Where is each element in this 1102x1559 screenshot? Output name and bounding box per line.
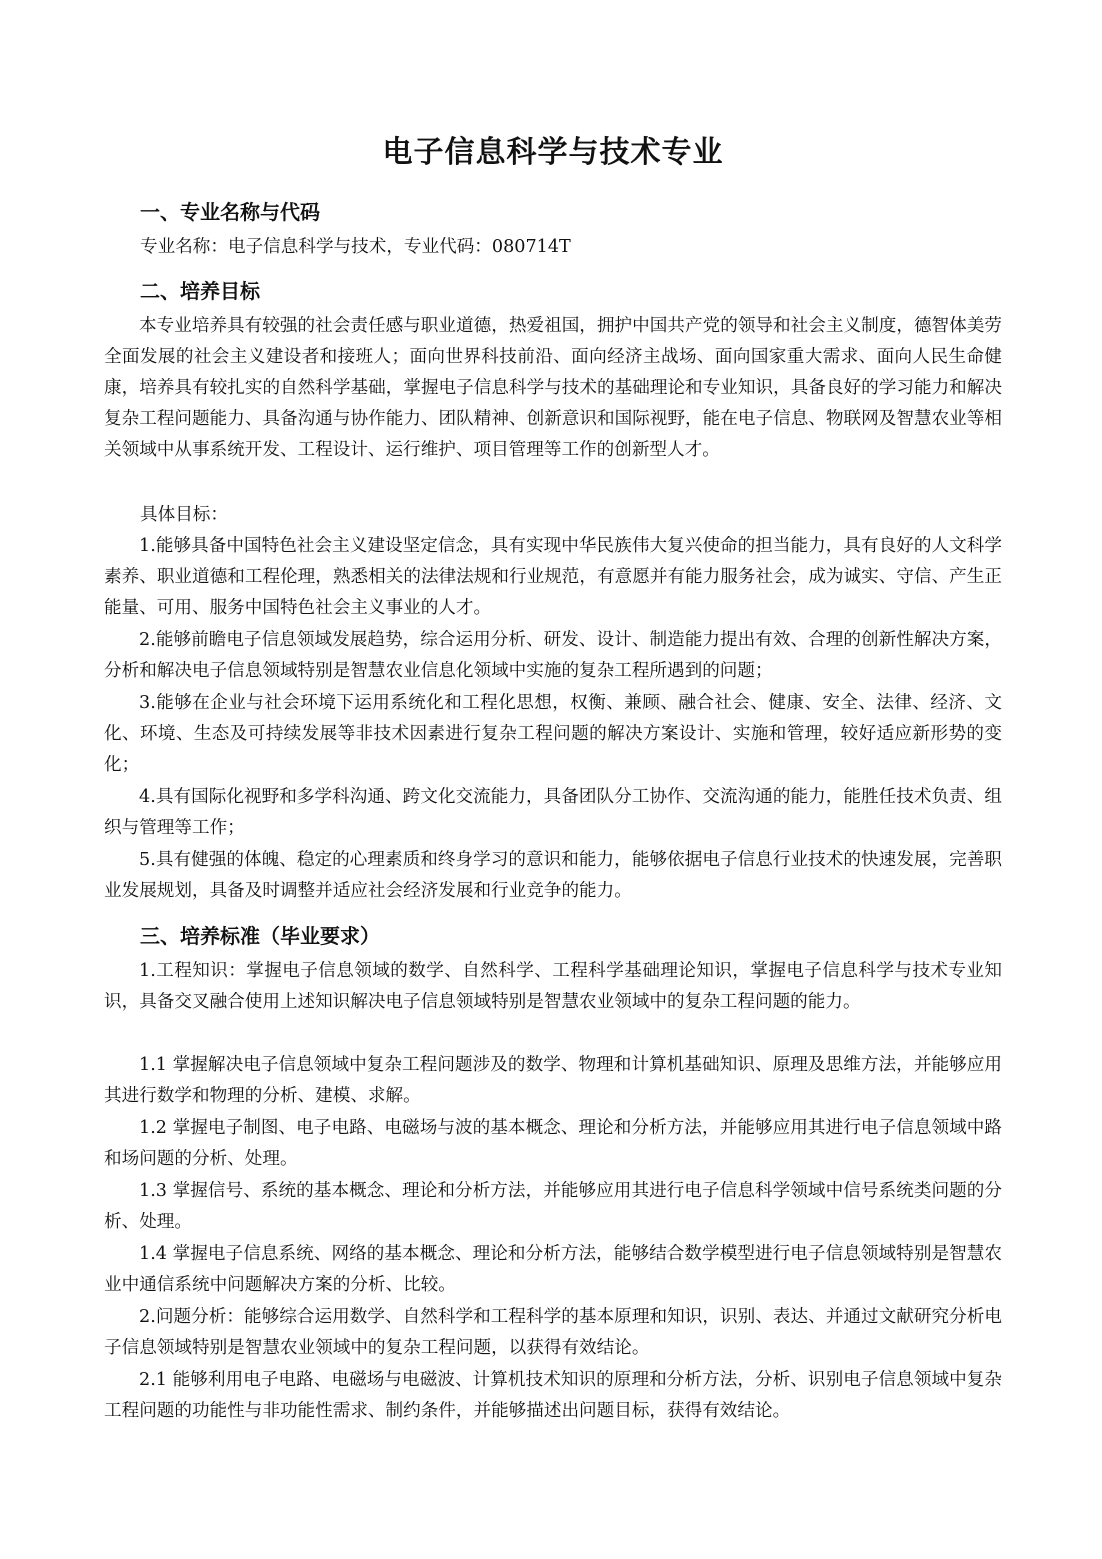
objective-item-5: 5.具有健强的体魄、稳定的心理素质和终身学习的意识和能力，能够依据电子信息行业技… [104,845,1002,907]
objective-item-2: 2.能够前瞻电子信息领域发展趋势，综合运用分析、研发、设计、制造能力提出有效、合… [104,625,1002,687]
training-objectives-overview: 本专业培养具有较强的社会责任感与职业道德，热爱祖国，拥护中国共产党的领导和社会主… [104,311,1002,466]
requirement-2-problem-analysis: 2.问题分析：能够综合运用数学、自然科学和工程科学的基本原理和知识，识别、表达、… [104,1302,1002,1364]
section-heading-major-name-code: 一、专业名称与代码 [140,198,320,226]
section-heading-graduation-requirements: 三、培养标准（毕业要求） [140,922,380,950]
requirement-1-1: 1.1 掌握解决电子信息领域中复杂工程问题涉及的数学、物理和计算机基础知识、原理… [104,1050,1002,1112]
requirement-1-3: 1.3 掌握信号、系统的基本概念、理论和分析方法，并能够应用其进行电子信息科学领… [104,1176,1002,1238]
requirement-1-engineering-knowledge: 1.工程知识：掌握电子信息领域的数学、自然科学、工程科学基础理论知识，掌握电子信… [104,956,1002,1018]
objective-item-1: 1.能够具备中国特色社会主义建设坚定信念，具有实现中华民族伟大复兴使命的担当能力… [104,531,1002,624]
requirement-1-2: 1.2 掌握电子制图、电子电路、电磁场与波的基本概念、理论和分析方法，并能够应用… [104,1113,1002,1175]
objective-item-3: 3.能够在企业与社会环境下运用系统化和工程化思想，权衡、兼顾、融合社会、健康、安… [104,688,1002,781]
specific-objectives-label: 具体目标： [140,500,1038,531]
major-name-code-text: 专业名称：电子信息科学与技术，专业代码：080714T [140,232,1038,263]
section-heading-training-objectives: 二、培养目标 [140,277,260,305]
document-title: 电子信息科学与技术专业 [104,133,1002,173]
objective-item-4: 4.具有国际化视野和多学科沟通、跨文化交流能力，具备团队分工协作、交流沟通的能力… [104,782,1002,844]
requirement-1-4: 1.4 掌握电子信息系统、网络的基本概念、理论和分析方法，能够结合数学模型进行电… [104,1239,1002,1301]
requirement-2-1: 2.1 能够利用电子电路、电磁场与电磁波、计算机技术知识的原理和分析方法，分析、… [104,1365,1002,1427]
